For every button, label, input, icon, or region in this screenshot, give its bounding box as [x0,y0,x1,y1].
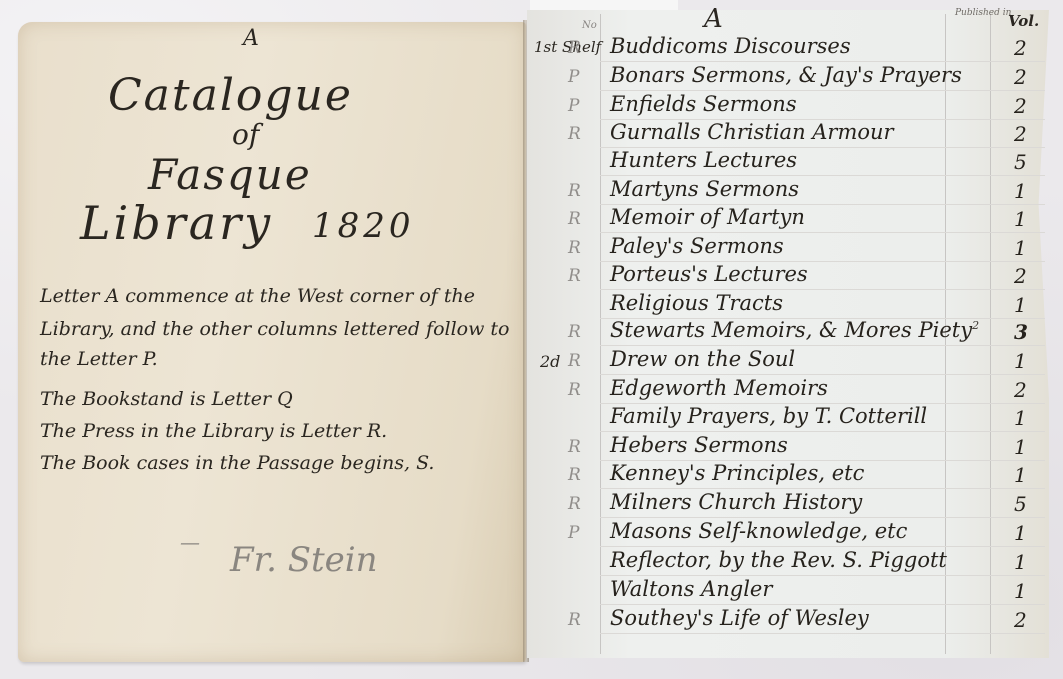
book-title: Religious Tracts [610,291,783,315]
location-mark: R [568,610,581,630]
catalogue-entry: PEnfields Sermons2 [530,92,1050,120]
signature-dash: — [180,530,200,554]
superscript-note: 2 [972,319,979,332]
ruled-line [600,546,1045,547]
catalogue-entry: Family Prayers, by T. Cotterill1 [530,404,1050,432]
note-line: Library, and the other columns lettered … [40,318,509,340]
catalogue-entry: Hunters Lectures5 [530,148,1050,176]
catalogue-entry: RSouthey's Life of Wesley2 [530,606,1050,634]
book-title: Edgeworth Memoirs [610,376,828,400]
catalogue-entry: RDrew on the Soul1 [530,347,1050,375]
catalogue-entry: RPorteus's Lectures2 [530,262,1050,290]
book-title: Kenney's Principles, etc [610,461,864,485]
volume-count: 1 [1014,435,1027,459]
title-catalogue: Catalogue [108,70,353,121]
ruled-line [600,345,1045,346]
catalogue-entry: RMartyns Sermons1 [530,177,1050,205]
catalogue-entry: Religious Tracts1 [530,291,1050,319]
location-mark: R [568,238,581,258]
note-line: Letter A commence at the West corner of … [40,285,475,307]
column-header-published: Published in [955,8,1011,18]
book-title: Paley's Sermons [610,234,784,258]
book-title: Milners Church History [610,490,862,514]
location-mark: R [568,494,581,514]
volume-count: 1 [1014,463,1027,487]
volume-count: 2 [1014,378,1027,402]
location-mark: P [568,67,579,87]
volume-count: 2 [1014,608,1027,632]
note-line: The Bookstand is Letter Q [40,388,293,410]
volume-count: 2 [1014,36,1027,60]
book-title: Hunters Lectures [610,148,797,172]
catalogue-entry: PBonars Sermons, & Jay's Prayers2 [530,63,1050,91]
ruled-line [600,488,1045,489]
location-mark: R [568,380,581,400]
catalogue-entry: REdgeworth Memoirs2 [530,376,1050,404]
column-header-vol: Vol. [1008,12,1039,30]
volume-count: 2 [1014,264,1027,288]
signature: Fr. Stein [230,540,378,580]
ruled-line [600,289,1045,290]
note-line: the Letter P. [40,348,158,370]
ruled-line [600,575,1045,576]
title-of: of [232,118,259,151]
volume-count: 5 [1014,150,1027,174]
location-mark: P [568,523,579,543]
book-title: Buddicoms Discourses [610,34,851,58]
book-title: Stewarts Memoirs, & Mores Piety2 [610,318,979,342]
catalogue-entry: Reflector, by the Rev. S. Piggott1 [530,548,1050,576]
volume-count: 1 [1014,236,1027,260]
ruled-line [600,633,1045,634]
book-title: Memoir of Martyn [610,205,805,229]
location-mark: P [568,96,579,116]
volume-count: 1 [1014,406,1027,430]
book-title: Enfields Sermons [610,92,797,116]
column-header-no: No [582,20,597,31]
book-title: Porteus's Lectures [610,262,808,286]
note-line: The Press in the Library is Letter R. [40,420,387,442]
book-title: Southey's Life of Wesley [610,606,869,630]
volume-count: 1 [1014,349,1027,373]
book-title: Waltons Angler [610,577,772,601]
location-mark: R [568,209,581,229]
volume-count: 1 [1014,579,1027,603]
location-mark: R [568,181,581,201]
book-title: Bonars Sermons, & Jay's Prayers [610,63,962,87]
book-title: Gurnalls Christian Armour [610,120,894,144]
catalogue-entry: RGurnalls Christian Armour2 [530,120,1050,148]
location-mark: R [568,465,581,485]
title-fasque: Fasque [148,150,312,199]
catalogue-entry: Waltons Angler1 [530,577,1050,605]
volume-count: 5 [1014,492,1027,516]
location-mark: R [568,124,581,144]
volume-count: 1 [1014,550,1027,574]
ruled-line [600,374,1045,375]
volume-count: 1 [1014,207,1027,231]
note-line: The Book cases in the Passage begins, S. [40,452,434,474]
catalogue-entry: RMilners Church History5 [530,490,1050,518]
catalogue-entry: RBuddicoms Discourses2 [530,34,1050,62]
location-mark: R [568,38,581,58]
volume-count: 2 [1014,122,1027,146]
location-mark: R [568,266,581,286]
volume-count: 1 [1014,293,1027,317]
ruled-line [600,431,1045,432]
ruled-line [600,517,1045,518]
ruled-line [600,90,1045,91]
catalogue-entry: RMemoir of Martyn1 [530,205,1050,233]
location-mark: R [568,322,581,342]
catalogue-entry: RHebers Sermons1 [530,433,1050,461]
book-title: Drew on the Soul [610,347,795,371]
catalogue-entry: PMasons Self-knowledge, etc1 [530,519,1050,547]
right-letter-heading: A [704,4,723,34]
volume-count: 2 [1014,65,1027,89]
volume-count: 2 [1014,94,1027,118]
book-title: Hebers Sermons [610,433,788,457]
book-title: Masons Self-knowledge, etc [610,519,907,543]
catalogue-entry: RKenney's Principles, etc1 [530,461,1050,489]
title-library: Library [80,196,273,250]
book-title: Family Prayers, by T. Cotterill [610,404,927,428]
catalogue-entry: RPaley's Sermons1 [530,234,1050,262]
catalogue-entry: RStewarts Memoirs, & Mores Piety23 [530,318,1050,346]
volume-count: 1 [1014,521,1027,545]
volume-count: 1 [1014,179,1027,203]
title-year: 1820 [312,206,415,246]
book-title: Martyns Sermons [610,177,799,201]
ruled-line [600,604,1045,605]
ruled-line [600,175,1045,176]
book-title: Reflector, by the Rev. S. Piggott [610,548,947,572]
location-mark: R [568,351,581,371]
volume-count: 3 [1014,320,1028,344]
location-mark: R [568,437,581,457]
left-letter-heading: A [243,26,259,51]
ruled-line [600,61,1045,62]
ruled-line [600,232,1045,233]
